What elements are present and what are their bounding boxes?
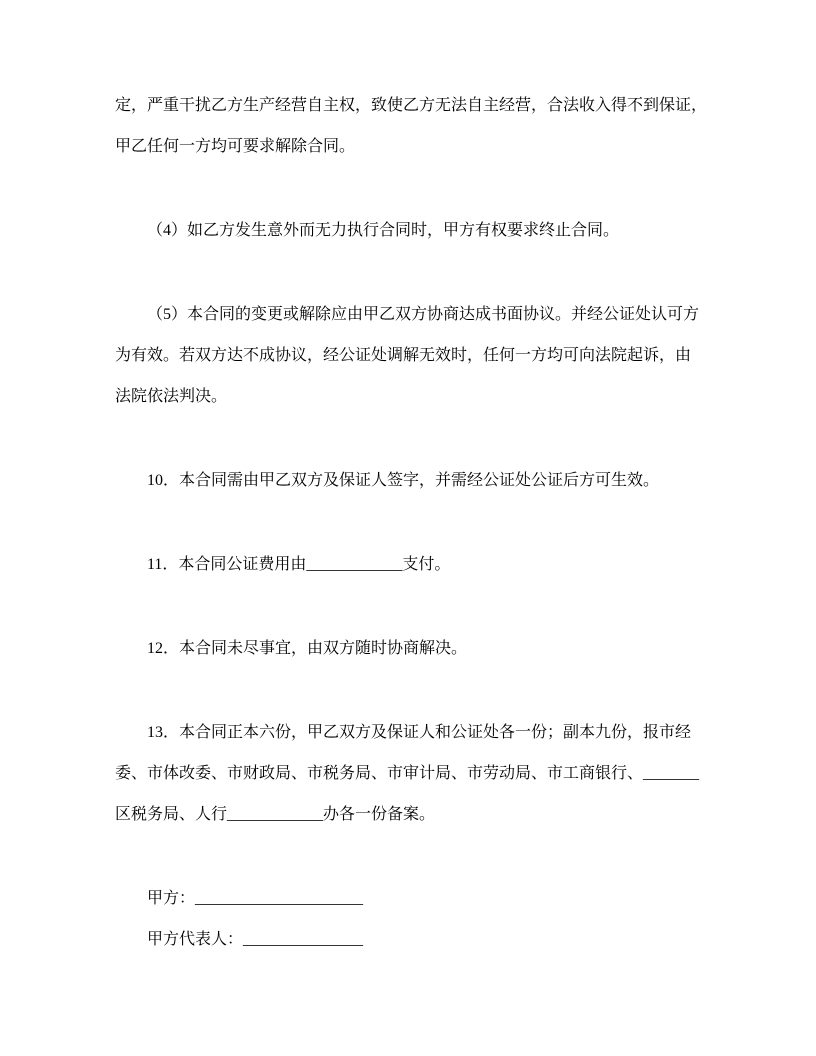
signature-block: 甲方：_____________________ 甲方代表人：_________… xyxy=(115,878,717,960)
text-line: 甲乙任何一方均可要求解除合同。 xyxy=(115,126,717,167)
text-segment: 11．本合同公证费用由 xyxy=(147,556,306,573)
party-a-line: 甲方：_____________________ xyxy=(115,878,717,919)
clause-5: （5）本合同的变更或解除应由甲乙双方协商达成书面协议。并经公证处认可方 为有效。… xyxy=(115,294,717,417)
fill-in-blank: _______________ xyxy=(243,931,363,948)
party-a-rep-line: 甲方代表人：_______________ xyxy=(115,919,717,960)
text-line: 区税务局、人行____________办各一份备案。 xyxy=(115,794,717,835)
clause-continuation: 定，严重干扰乙方生产经营自主权，致使乙方无法自主经营，合法收入得不到保证， 甲乙… xyxy=(115,85,717,167)
text-line: （4）如乙方发生意外而无力执行合同时，甲方有权要求终止合同。 xyxy=(115,210,717,251)
text-segment: 办各一份备案。 xyxy=(323,806,435,823)
text-segment: 区税务局、人行 xyxy=(115,806,227,823)
text-line: 委、市体改委、市财政局、市税务局、市审计局、市劳动局、市工商银行、_______ xyxy=(115,753,717,794)
text-segment: 支付。 xyxy=(402,556,450,573)
text-line: 12．本合同未尽事宜，由双方随时协商解决。 xyxy=(115,628,717,669)
party-a-rep-label: 甲方代表人： xyxy=(147,931,243,948)
clause-12: 12．本合同未尽事宜，由双方随时协商解决。 xyxy=(115,628,717,669)
fill-in-blank: ____________ xyxy=(227,806,323,823)
party-a-label: 甲方： xyxy=(147,890,195,907)
text-line: 11．本合同公证费用由____________支付。 xyxy=(115,544,717,585)
clause-13: 13．本合同正本六份，甲乙双方及保证人和公证处各一份；副本九份，报市经 委、市体… xyxy=(115,712,717,835)
fill-in-blank: ____________ xyxy=(306,556,402,573)
text-line: （5）本合同的变更或解除应由甲乙双方协商达成书面协议。并经公证处认可方 xyxy=(115,294,717,335)
text-line: 10．本合同需由甲乙双方及保证人签字，并需经公证处公证后方可生效。 xyxy=(115,460,717,501)
clause-10: 10．本合同需由甲乙双方及保证人签字，并需经公证处公证后方可生效。 xyxy=(115,460,717,501)
fill-in-blank: _______ xyxy=(643,765,699,782)
clause-4: （4）如乙方发生意外而无力执行合同时，甲方有权要求终止合同。 xyxy=(115,210,717,251)
fill-in-blank: _____________________ xyxy=(195,890,363,907)
clause-11: 11．本合同公证费用由____________支付。 xyxy=(115,544,717,585)
text-line: 13．本合同正本六份，甲乙双方及保证人和公证处各一份；副本九份，报市经 xyxy=(115,712,717,753)
text-line: 法院依法判决。 xyxy=(115,376,717,417)
contract-body: 定，严重干扰乙方生产经营自主权，致使乙方无法自主经营，合法收入得不到保证， 甲乙… xyxy=(115,85,717,960)
text-segment: 委、市体改委、市财政局、市税务局、市审计局、市劳动局、市工商银行、 xyxy=(115,765,643,782)
text-line: 为有效。若双方达不成协议，经公证处调解无效时，任何一方均可向法院起诉，由 xyxy=(115,335,717,376)
text-line: 定，严重干扰乙方生产经营自主权，致使乙方无法自主经营，合法收入得不到保证， xyxy=(115,85,717,126)
document-page: 定，严重干扰乙方生产经营自主权，致使乙方无法自主经营，合法收入得不到保证， 甲乙… xyxy=(0,0,816,1056)
